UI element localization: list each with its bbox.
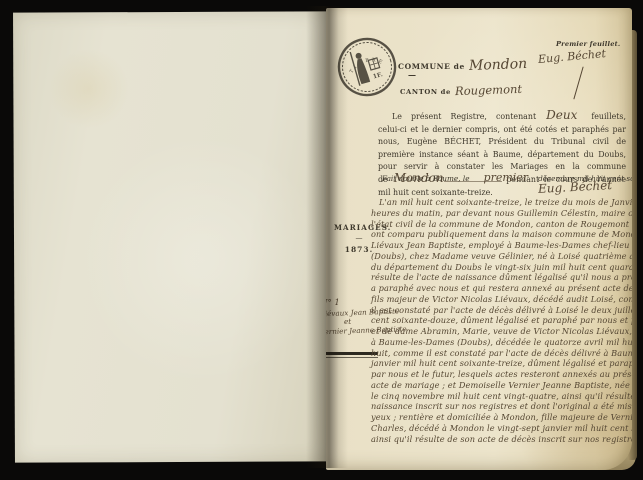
act-line: yeux ; rentière et domiciliée à Mondon, … (371, 412, 632, 423)
act-line: Liévaux Jean Baptiste, employé à Baume-l… (371, 240, 632, 251)
marriage-act-body: L'an mil huit cent soixante-treize, le t… (371, 197, 632, 444)
left-page-blank (13, 11, 328, 462)
paraph-flourish (573, 66, 584, 99)
fait-day-handwritten: premier (484, 171, 529, 184)
register-scan: TIMBRE 1F. COMMUNE deMondon — CANTON deR… (0, 0, 643, 480)
act-line: à Baume-les-Dames (Doubs), décédée le qu… (371, 337, 632, 348)
act-line: acte de mariage ; et Demoiselle Vernier … (371, 380, 632, 391)
act-line: naissance inscrit sur nos registres et d… (371, 401, 632, 412)
act-line: heures du matin, par devant nous Guillem… (371, 208, 632, 219)
feuillet-note: Premier feuillet. (556, 40, 620, 48)
act-line: résulte de l'acte de naissance dûment lé… (371, 272, 632, 283)
commune-handwritten-value: Mondon (469, 56, 528, 74)
stamp-denomination: 1F. (372, 71, 383, 80)
act-line: ont comparu publiquement dans la maison … (371, 229, 632, 240)
act-line: du département du Doubs le vingt-six jui… (371, 262, 632, 273)
act-line: huit, comme il est constaté par l'acte d… (371, 348, 632, 359)
act-line: Charles, décédé à Mondon le vingt-sept j… (371, 423, 632, 434)
act-line: janvier mil huit cent soixante-treize, d… (371, 358, 632, 369)
act-line: par nous et le futur, lesquels actes res… (371, 369, 632, 380)
canton-handwritten-value: Rougemont (455, 82, 522, 98)
act-line: cent soixante-douze, dûment légalisé et … (371, 315, 632, 326)
act-line: il est constaté par l'acte de décès déli… (371, 305, 632, 316)
feuillet-count-handwritten: Deux (546, 108, 577, 122)
act-line: L'an mil huit cent soixante-treize, le t… (371, 197, 632, 208)
act-line: l'état civil de la commune de Mondon, ca… (371, 219, 632, 230)
preamble-seg1: Le présent Registre, contenant (392, 112, 536, 121)
commune-row: COMMUNE deMondon (398, 54, 527, 73)
act-line: (Doubs), chez Madame veuve Gélinier, né … (371, 251, 632, 262)
canton-row: CANTON deRougemont (400, 79, 522, 98)
act-line: ainsi qu'il résulte de son acte de décès… (371, 434, 632, 445)
canton-label: CANTON de (400, 88, 451, 96)
act-line: le cinq novembre mil huit cent vingt-qua… (371, 391, 632, 402)
act-line: et de dame Abramin, Marie, veuve de Vict… (371, 326, 632, 337)
feuillet-paraph-signature: Eug. Béchet (538, 47, 607, 66)
act-line: fils majeur de Victor Nicolas Liévaux, d… (371, 294, 632, 305)
revenue-stamp-icon: TIMBRE 1F. (327, 27, 406, 106)
act-line: a paraphé avec nous et qui restera annex… (371, 283, 632, 294)
right-page: TIMBRE 1F. COMMUNE deMondon — CANTON deR… (326, 8, 632, 470)
fait-seg1: Fait double à Baume, le (382, 174, 470, 183)
